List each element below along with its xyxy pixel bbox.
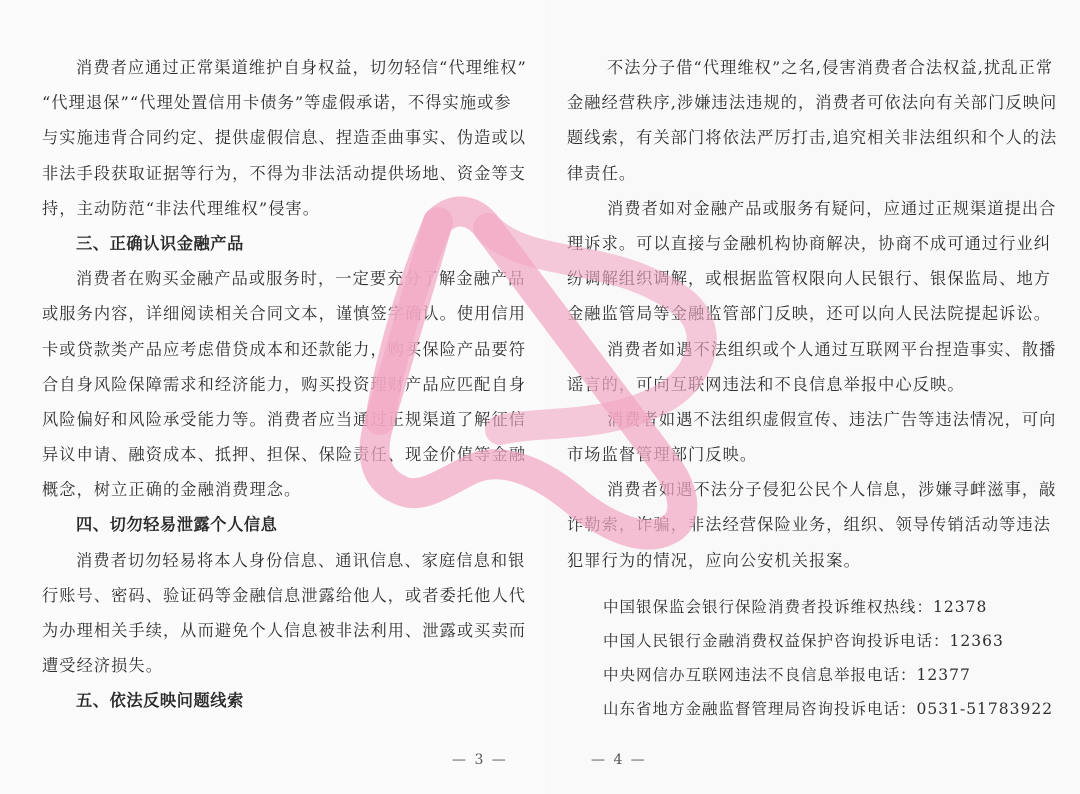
paragraph-line: 行账号、密码、验证码等金融信息泄露给他人，或者委托他人代 <box>42 578 528 613</box>
paragraph-line: “代理退保”“代理处置信用卡债务”等虚假承诺，不得实施或参 <box>42 85 528 120</box>
paragraph-line: 消费者切勿轻易将本人身份信息、通讯信息、家庭信息和银 <box>42 543 528 578</box>
hotline-item: 山东省地方金融监督管理局咨询投诉电话：0531-51783922 <box>603 692 1053 726</box>
page-4-text: 不法分子借“代理维权”之名,侵害消费者合法权益,扰乱正常 金融经营秩序,涉嫌违法… <box>567 50 1063 578</box>
hotline-number: 12378 <box>933 598 987 616</box>
hotline-item: 中国人民银行金融消费权益保护咨询投诉电话：12363 <box>603 624 1053 658</box>
page-4: 不法分子借“代理维权”之名,侵害消费者合法权益,扰乱正常 金融经营秩序,涉嫌违法… <box>545 0 1080 794</box>
page-number: — 4 — <box>591 752 647 768</box>
paragraph-line: 理诉求。可以直接与金融机构协商解决，协商不成可通过行业纠 <box>567 226 1063 261</box>
paragraph-line: 异议申请、融资成本、抵押、担保、保险责任、现金价值等金融 <box>42 437 528 472</box>
paragraph-line: 消费者如遇不法组织或个人通过互联网平台捏造事实、散播 <box>567 332 1063 367</box>
hotline-number: 12377 <box>917 666 971 684</box>
paragraph-line: 题线索，有关部门将依法严厉打击,追究相关非法组织和个人的法 <box>567 120 1063 155</box>
paragraph-line: 诈勒索，诈骗，非法经营保险业务，组织、领导传销活动等违法 <box>567 507 1063 542</box>
paragraph-line: 卡或贷款类产品应考虑借贷成本和还款能力，购买保险产品要符 <box>42 332 528 367</box>
paragraph-line: 或服务内容，详细阅读相关合同文本，谨慎签字确认。使用信用 <box>42 296 528 331</box>
hotline-list: 中国银保监会银行保险消费者投诉维权热线：12378 中国人民银行金融消费权益保护… <box>603 590 1053 726</box>
page-3: 消费者应通过正常渠道维护自身权益，切勿轻信“代理维权” “代理退保”“代理处置信… <box>0 0 545 794</box>
paragraph-line: 金融经营秩序,涉嫌违法违规的，消费者可依法向有关部门反映问 <box>567 85 1063 120</box>
section-heading-5: 五、依法反映问题线索 <box>42 683 528 718</box>
paragraph-line: 消费者如遇不法组织虚假宣传、违法广告等违法情况，可向 <box>567 402 1063 437</box>
paragraph-line: 为办理相关手续，从而避免个人信息被非法利用、泄露或买卖而 <box>42 613 528 648</box>
paragraph-line: 持，主动防范“非法代理维权”侵害。 <box>42 191 528 226</box>
paragraph-line: 消费者如对金融产品或服务有疑问，应通过正规渠道提出合 <box>567 191 1063 226</box>
hotline-number: 0531-51783922 <box>917 700 1054 718</box>
paragraph-line: 谣言的，可向互联网违法和不良信息举报中心反映。 <box>567 367 1063 402</box>
paragraph-line: 律责任。 <box>567 156 1063 191</box>
hotline-number: 12363 <box>950 632 1004 650</box>
paragraph-line: 遭受经济损失。 <box>42 648 528 683</box>
section-heading-3: 三、正确认识金融产品 <box>42 226 528 261</box>
hotline-label: 中国银保监会银行保险消费者投诉维权热线： <box>603 598 933 616</box>
page-3-text: 消费者应通过正常渠道维护自身权益，切勿轻信“代理维权” “代理退保”“代理处置信… <box>42 50 528 719</box>
paragraph-line: 纷调解组织调解，或根据监管权限向人民银行、银保监局、地方 <box>567 261 1063 296</box>
paragraph-line: 犯罪行为的情况，应向公安机关报案。 <box>567 543 1063 578</box>
hotline-label: 中国人民银行金融消费权益保护咨询投诉电话： <box>603 632 950 650</box>
paragraph-line: 消费者如遇不法分子侵犯公民个人信息，涉嫌寻衅滋事，敲 <box>567 472 1063 507</box>
hotline-item: 中央网信办互联网违法不良信息举报电话：12377 <box>603 658 1053 692</box>
paragraph-line: 概念，树立正确的金融消费理念。 <box>42 472 528 507</box>
document-spread: 消费者应通过正常渠道维护自身权益，切勿轻信“代理维权” “代理退保”“代理处置信… <box>0 0 1080 794</box>
hotline-label: 中央网信办互联网违法不良信息举报电话： <box>603 666 917 684</box>
paragraph-line: 消费者应通过正常渠道维护自身权益，切勿轻信“代理维权” <box>42 50 528 85</box>
paragraph-line: 与实施违背合同约定、提供虚假信息、捏造歪曲事实、伪造或以 <box>42 120 528 155</box>
hotline-label: 山东省地方金融监督管理局咨询投诉电话： <box>603 700 917 718</box>
paragraph-line: 市场监督管理部门反映。 <box>567 437 1063 472</box>
page-number: — 3 — <box>452 752 508 768</box>
paragraph-line: 不法分子借“代理维权”之名,侵害消费者合法权益,扰乱正常 <box>567 50 1063 85</box>
paragraph-line: 消费者在购买金融产品或服务时，一定要充分了解金融产品 <box>42 261 528 296</box>
paragraph-line: 风险偏好和风险承受能力等。消费者应当通过正规渠道了解征信 <box>42 402 528 437</box>
paragraph-line: 金融监管局等金融监管部门反映，还可以向人民法院提起诉讼。 <box>567 296 1063 331</box>
section-heading-4: 四、切勿轻易泄露个人信息 <box>42 507 528 542</box>
hotline-item: 中国银保监会银行保险消费者投诉维权热线：12378 <box>603 590 1053 624</box>
paragraph-line: 非法手段获取证据等行为，不得为非法活动提供场地、资金等支 <box>42 156 528 191</box>
paragraph-line: 合自身风险保障需求和经济能力，购买投资理财产品应匹配自身 <box>42 367 528 402</box>
